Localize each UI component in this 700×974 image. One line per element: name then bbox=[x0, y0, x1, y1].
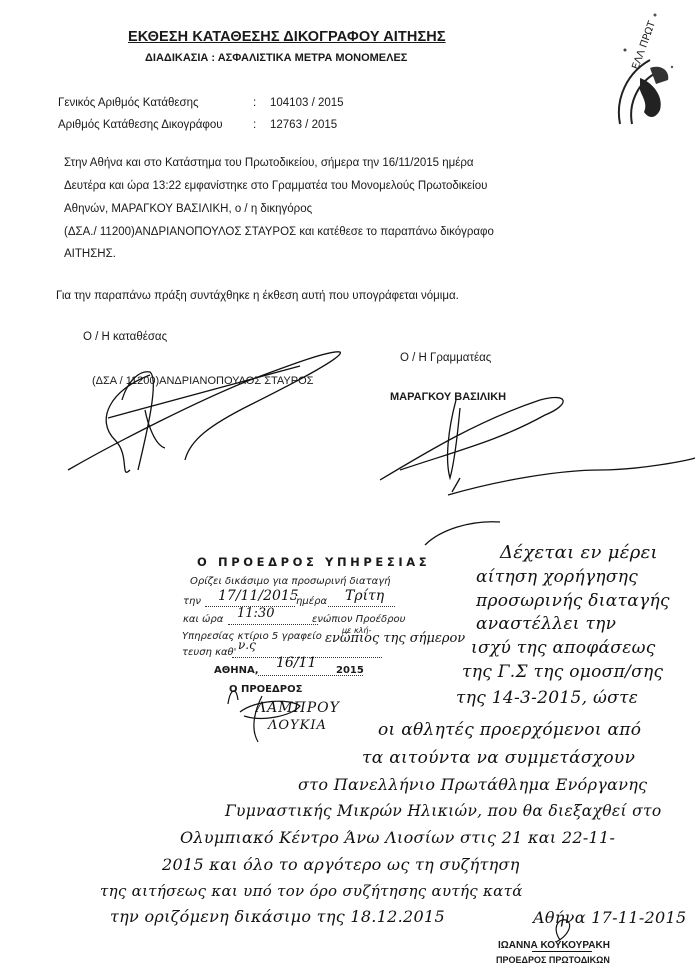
stamp-title: Ο ΠΡΟΕΔΡΟΣ ΥΠΗΡΕΣΙΑΣ bbox=[197, 555, 430, 569]
stamp-city-year: 2015 bbox=[336, 665, 364, 676]
handwritten-line: της αιτήσεως και υπό τον όρο συζήτησης α… bbox=[100, 882, 523, 900]
secretary-signature-icon bbox=[380, 398, 563, 480]
handwritten-line: προσωρινής διαταγής bbox=[476, 591, 670, 611]
hearing-time: 11:30 bbox=[237, 606, 274, 621]
procedure-subtitle: ΔΙΑΔΙΚΑΣΙΑ : ΑΣΦΑΛΙΣΤΙΚΑ ΜΕΤΡΑ ΜΟΝΟΜΕΛΕΣ bbox=[145, 52, 407, 64]
summons-handwritten: ν.ς bbox=[238, 638, 256, 652]
stamp-date-label: την bbox=[183, 596, 201, 607]
stamp-line-1: Ορίζει δικάσιμο για προσωρινή διαταγή bbox=[190, 576, 390, 587]
general-number-separator: : bbox=[253, 97, 256, 109]
body-line: (ΔΣΑ./ 11200)ΑΝΔΡΙΑΝΟΠΟΥΛΟΣ ΣΤΑΥΡΟΣ και … bbox=[64, 226, 494, 238]
handwritten-line: αναστέλλει την bbox=[476, 614, 616, 634]
handwritten-line: στο Πανελλήνιο Πρωτάθλημα Ενόργανης bbox=[298, 775, 647, 794]
stamp-signer-firstname: ΛΟΥΚΙΑ bbox=[268, 718, 327, 733]
document-number-value: 12763 / 2015 bbox=[270, 119, 337, 131]
handwritten-line: Δέχεται εν μέρει bbox=[500, 542, 658, 563]
stamp-city-label: ΑΘΗΝΑ, bbox=[214, 665, 259, 676]
stamp-time-suffix: ενώπιον Προέδρου bbox=[312, 614, 405, 625]
general-number-label: Γενικός Αριθμός Κατάθεσης bbox=[58, 97, 199, 109]
handwritten-line: αίτηση χορήγησης bbox=[476, 567, 638, 587]
body-line: Δευτέρα και ώρα 13:22 εμφανίστηκε στο Γρ… bbox=[64, 180, 487, 192]
summons-note: ενώπιος της σήμερον bbox=[325, 631, 465, 646]
document-number-separator: : bbox=[253, 119, 256, 131]
body-line: Αθηνών, ΜΑΡΑΓΚΟΥ ΒΑΣΙΛΙΚΗ, ο / η δικηγόρ… bbox=[64, 203, 312, 215]
handwritten-line: Ολυμπιακό Κέντρο Άνω Λιοσίων στις 21 και… bbox=[180, 828, 615, 847]
handwritten-line: ισχύ της αποφάσεως bbox=[471, 638, 656, 658]
stamp-time-label: και ώρα bbox=[183, 614, 223, 625]
stamp-summons-prefix: τευση καθ' bbox=[182, 647, 236, 658]
secretary-label: Ο / Η Γραμματέας bbox=[400, 352, 491, 364]
hearing-day: Τρίτη bbox=[345, 588, 384, 604]
svg-text:ΕΛΛ ΠΡΩΤ: ΕΛΛ ΠΡΩΤ bbox=[630, 19, 658, 71]
document-number-label: Αριθμός Κατάθεσης Δικογράφου bbox=[58, 119, 223, 131]
handwritten-line: της 14-3-2015, ώστε bbox=[456, 688, 638, 708]
document-title: ΕΚΘΕΣΗ ΚΑΤΑΘΕΣΗΣ ΔΙΚΟΓΡΑΦΟΥ ΑΙΤΗΣΗΣ bbox=[128, 29, 446, 45]
secretary-name: ΜΑΡΑΓΚΟΥ ΒΑΣΙΛΙΚΗ bbox=[390, 391, 506, 403]
depositor-signature-icon bbox=[68, 352, 340, 470]
depositor-label: Ο / Η καταθέσας bbox=[83, 331, 167, 343]
closing-statement: Για την παραπάνω πράξη συντάχθηκε η έκθε… bbox=[56, 290, 459, 302]
handwritten-line: οι αθλητές προερχόμενοι από bbox=[378, 720, 641, 740]
body-line: Στην Αθήνα και στο Κατάστημα του Πρωτοδι… bbox=[64, 157, 474, 169]
handwritten-line: 2015 και όλο το αργότερο ως τη συζήτηση bbox=[162, 855, 520, 874]
judge-name: ΙΩΑΝΝΑ ΚΟΥΚΟΥΡΑΚΗ bbox=[498, 940, 610, 951]
stamp-signer-surname: ΛΑΜΠΡΟΥ bbox=[256, 700, 340, 716]
stamp-city-date: 16/11 bbox=[276, 655, 316, 671]
hearing-date: 17/11/2015 bbox=[218, 588, 299, 604]
judge-name-underline bbox=[532, 951, 592, 952]
handwritten-place-date: Αθήνα 17-11-2015 bbox=[533, 908, 686, 927]
body-line: ΑΙΤΗΣΗΣ. bbox=[64, 248, 116, 260]
general-number-value: 104103 / 2015 bbox=[270, 97, 344, 109]
handwritten-line: τα αιτούντα να συμμετάσχουν bbox=[362, 748, 635, 768]
handwritten-line: Γυμναστικής Μικρών Ηλικιών, που θα διεξα… bbox=[225, 802, 661, 820]
stamp-role: Ο ΠΡΟΕΔΡΟΣ bbox=[229, 684, 302, 695]
depositor-name: (ΔΣΑ / 11200)ΑΝΔΡΙΑΝΟΠΟΥΛΟΣ ΣΤΑΥΡΟΣ bbox=[92, 375, 313, 387]
handwritten-line: την οριζόμενη δικάσιμο της 18.12.2015 bbox=[110, 907, 445, 926]
handwritten-line: της Γ.Σ της ομοσπ/σης bbox=[462, 662, 663, 682]
judge-role: ΠΡΟΕΔΡΟΣ ΠΡΩΤΟΔΙΚΩΝ bbox=[496, 955, 610, 965]
stamp-day-label: ημέρα bbox=[296, 596, 327, 607]
